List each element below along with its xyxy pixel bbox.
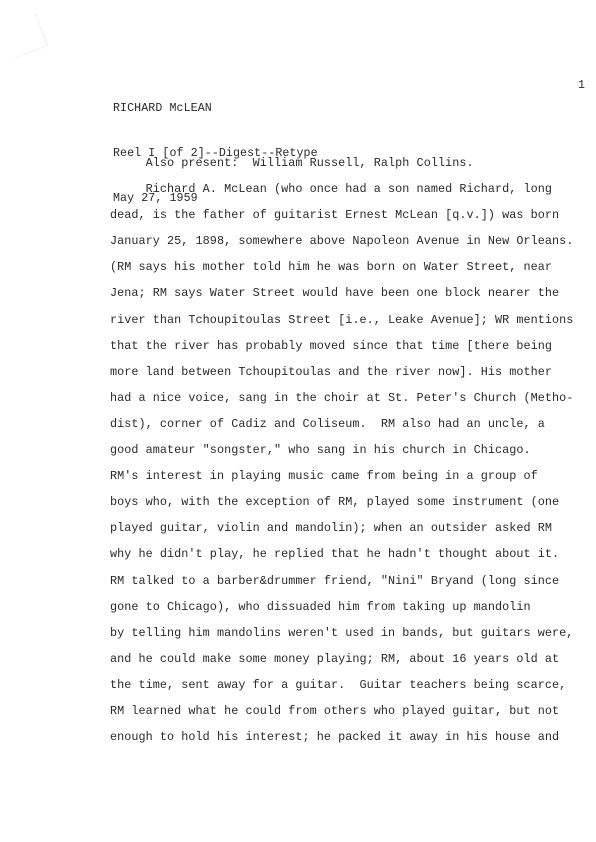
text-line: (RM says his mother told him he was born… bbox=[110, 254, 590, 280]
text-line: had a nice voice, sang in the choir at S… bbox=[110, 385, 590, 411]
text-line: by telling him mandolins weren't used in… bbox=[110, 620, 590, 646]
text-line: played guitar, violin and mandolin); whe… bbox=[110, 515, 590, 541]
text-line: and he could make some money playing; RM… bbox=[110, 646, 590, 672]
text-line: the time, sent away for a guitar. Guitar… bbox=[110, 672, 590, 698]
text-line: enough to hold his interest; he packed i… bbox=[110, 724, 590, 750]
text-line: why he didn't play, he replied that he h… bbox=[110, 541, 590, 567]
text-line: RM's interest in playing music came from… bbox=[110, 463, 590, 489]
text-line: January 25, 1898, somewhere above Napole… bbox=[110, 228, 590, 254]
page-number: 1 bbox=[578, 78, 585, 93]
text-line: dist), corner of Cadiz and Coliseum. RM … bbox=[110, 411, 590, 437]
text-line: Jena; RM says Water Street would have be… bbox=[110, 280, 590, 306]
text-line: more land between Tchoupitoulas and the … bbox=[110, 359, 590, 385]
text-line: RM talked to a barber&drummer friend, "N… bbox=[110, 568, 590, 594]
text-line: gone to Chicago), who dissuaded him from… bbox=[110, 594, 590, 620]
text-line: that the river has probably moved since … bbox=[110, 333, 590, 359]
text-line: RM learned what he could from others who… bbox=[110, 698, 590, 724]
text-line: good amateur "songster," who sang in his… bbox=[110, 437, 590, 463]
text-line: dead, is the father of guitarist Ernest … bbox=[110, 202, 590, 228]
interviewee-name: RICHARD McLEAN bbox=[113, 101, 318, 116]
text-line: Also present: William Russell, Ralph Col… bbox=[110, 150, 590, 176]
text-line: Richard A. McLean (who once had a son na… bbox=[110, 176, 590, 202]
text-line: river than Tchoupitoulas Street [i.e., L… bbox=[110, 307, 590, 333]
document-body: Also present: William Russell, Ralph Col… bbox=[110, 150, 590, 750]
text-line: boys who, with the exception of RM, play… bbox=[110, 489, 590, 515]
scan-artifact bbox=[3, 13, 48, 58]
document-page: RICHARD McLEAN Reel I [of 2]--Digest--Re… bbox=[0, 0, 596, 842]
